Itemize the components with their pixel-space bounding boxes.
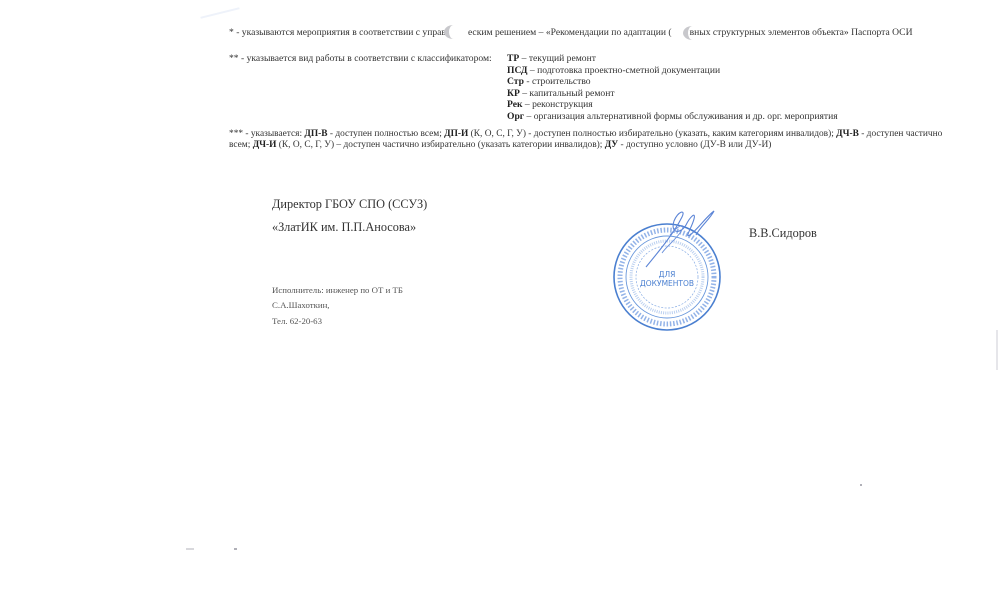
classifier-text: текущий ремонт xyxy=(529,53,596,64)
classifier-code: Стр xyxy=(507,76,524,87)
footnote-3: *** - указывается: ДП-В - доступен полно… xyxy=(229,129,953,151)
classifier-text: реконструкция xyxy=(532,99,593,110)
classifier-text: подготовка проектно-сметной документации xyxy=(537,65,720,76)
signatory-position-line-2: «ЗлатИК им. П.П.Аносова» xyxy=(272,219,416,235)
classifier-text: строительство xyxy=(532,76,591,87)
code-dp-v: ДП-В xyxy=(304,129,327,139)
classifier-code: ПСД xyxy=(507,65,528,76)
ink-blot-1 xyxy=(444,25,463,39)
classifier-code: Орг xyxy=(507,111,524,122)
classifier-separator: – xyxy=(520,88,530,99)
ink-blot-2 xyxy=(683,26,702,40)
code-dch-v: ДЧ-В xyxy=(836,129,859,139)
classifier-item: ТР – текущий ремонт xyxy=(507,53,838,65)
signatory-name: В.В.Сидоров xyxy=(749,225,817,241)
scan-speck xyxy=(860,484,862,486)
classifier-text: организация альтернативной формы обслужи… xyxy=(534,111,838,122)
scan-speck xyxy=(234,548,237,550)
code-du: ДУ xyxy=(605,140,618,150)
handwritten-signature-icon xyxy=(640,205,720,275)
scan-speck xyxy=(996,330,998,370)
classifier-item: Рек – реконструкция xyxy=(507,99,838,111)
classifier-code: КР xyxy=(507,88,520,99)
classifier-code: ТР xyxy=(507,53,519,64)
footnote-1-part-c: вных структурных элементов объекта» Пасп… xyxy=(690,27,913,38)
footnote-2-intro: ** - указывается вид работы в соответств… xyxy=(229,53,492,64)
classifier-item: Стр - строительство xyxy=(507,76,838,88)
classifier-item: Орг – организация альтернативной формы о… xyxy=(507,111,838,123)
classifier-separator: – xyxy=(528,65,538,76)
classifier-separator: – xyxy=(519,53,529,64)
classifier-code: Рек xyxy=(507,99,523,110)
scan-smudge xyxy=(200,7,239,19)
footnote-1-part-b: еским решением – «Рекомендации по адапта… xyxy=(468,27,672,38)
work-type-classifier: ТР – текущий ремонтПСД – подготовка прое… xyxy=(507,53,838,123)
classifier-item: КР – капитальный ремонт xyxy=(507,88,838,100)
footnote-1: * - указываются мероприятия в соответств… xyxy=(229,27,913,38)
code-dp-i: ДП-И xyxy=(444,129,468,139)
executor-position: Исполнитель: инженер по ОТ и ТБ xyxy=(272,285,403,296)
executor-phone: Тел. 62-20-63 xyxy=(272,316,322,327)
scan-speck xyxy=(186,548,194,550)
footnote-1-part-a: * - указываются мероприятия в соответств… xyxy=(229,27,446,38)
classifier-separator: – xyxy=(523,99,533,110)
classifier-separator: - xyxy=(524,76,532,87)
signatory-position-line-1: Директор ГБОУ СПО (ССУЗ) xyxy=(272,196,427,212)
classifier-separator: – xyxy=(524,111,534,122)
svg-text:ДОКУМЕНТОВ: ДОКУМЕНТОВ xyxy=(640,279,694,288)
classifier-text: капитальный ремонт xyxy=(529,88,614,99)
classifier-item: ПСД – подготовка проектно-сметной докуме… xyxy=(507,65,838,77)
executor-name: С.А.Шахоткин, xyxy=(272,300,329,311)
document-page: * - указываются мероприятия в соответств… xyxy=(0,0,1000,607)
code-dch-i: ДЧ-И xyxy=(253,140,277,150)
